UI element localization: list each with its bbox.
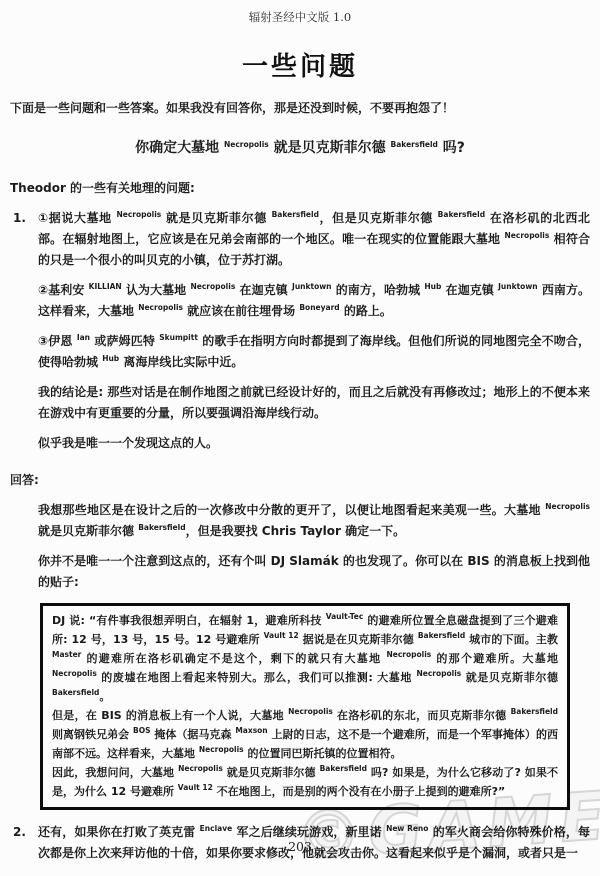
item-paragraph: 似乎我是唯一一个发现这点的人。 — [38, 433, 590, 454]
item-number: 1. — [10, 208, 38, 454]
answer-paragraph: 你并不是唯一一个注意到这点的，还有个叫 DJ Slamák 的也发现了。你可以在… — [38, 551, 590, 593]
item-paragraph: ①据说大墓地 Necropolis 就是贝克斯菲尔德 Bakersfield，但… — [38, 208, 590, 271]
post-paragraph: 因此，我想问问，大墓地 Necropolis 就是贝克斯菲尔德 Bakersfi… — [52, 763, 558, 801]
document-page: ©GAMERSKY 辐射圣经中文版 1.0 一些问题 下面是一些问题和一些答案。… — [0, 0, 600, 876]
item-paragraph: 我的结论是: 那些对话是在制作地图之前就已经设计好的，而且之后就没有再修改过；地… — [38, 382, 590, 424]
page-title: 一些问题 — [0, 51, 600, 84]
item-body: ①据说大墓地 Necropolis 就是贝克斯菲尔德 Bakersfield，但… — [38, 208, 590, 454]
post-paragraph: 但是，在 BIS 的消息板上有一个人说，大墓地 Necropolis 在洛杉矶的… — [52, 706, 558, 763]
theodor-line: Theodor 的一些有关地理的问题: — [10, 178, 590, 199]
doc-header: 辐射圣经中文版 1.0 — [0, 0, 600, 25]
item-paragraph: ③伊恩 Ian 或萨姆匹特 Skumpitt 的歌手在指明方向时都提到了海岸线。… — [38, 331, 590, 373]
intro-paragraph: 下面是一些问题和一些答案。如果我没有回答你，那是还没到时候，不要再抱怨了！ — [10, 98, 590, 119]
answer-paragraph: 我想那些地区是在设计之后的一次修改中分散的更开了，以便让地图看起来美观一些。大墓… — [38, 500, 590, 542]
question-heading: 你确定大墓地 Necropolis 就是贝克斯菲尔德 Bakersfield 吗… — [10, 136, 590, 161]
answer-block: 我想那些地区是在设计之后的一次修改中分散的更开了，以便让地图看起来美观一些。大墓… — [38, 500, 590, 593]
answer-label: 回答: — [10, 470, 590, 491]
post-paragraph: DJ 说: “有件事我很想弄明白，在辐射 1，避难所科技 Vault-Tec 的… — [52, 611, 558, 706]
item-paragraph: ②基利安 KILLIAN 认为大墓地 Necropolis 在迦克镇 Junkt… — [38, 280, 590, 322]
question-item-1: 1. ①据说大墓地 Necropolis 就是贝克斯菲尔德 Bakersfiel… — [10, 208, 590, 454]
forum-post-quote-box: DJ 说: “有件事我很想弄明白，在辐射 1，避难所科技 Vault-Tec 的… — [40, 603, 570, 810]
page-number: 203 — [0, 839, 600, 854]
